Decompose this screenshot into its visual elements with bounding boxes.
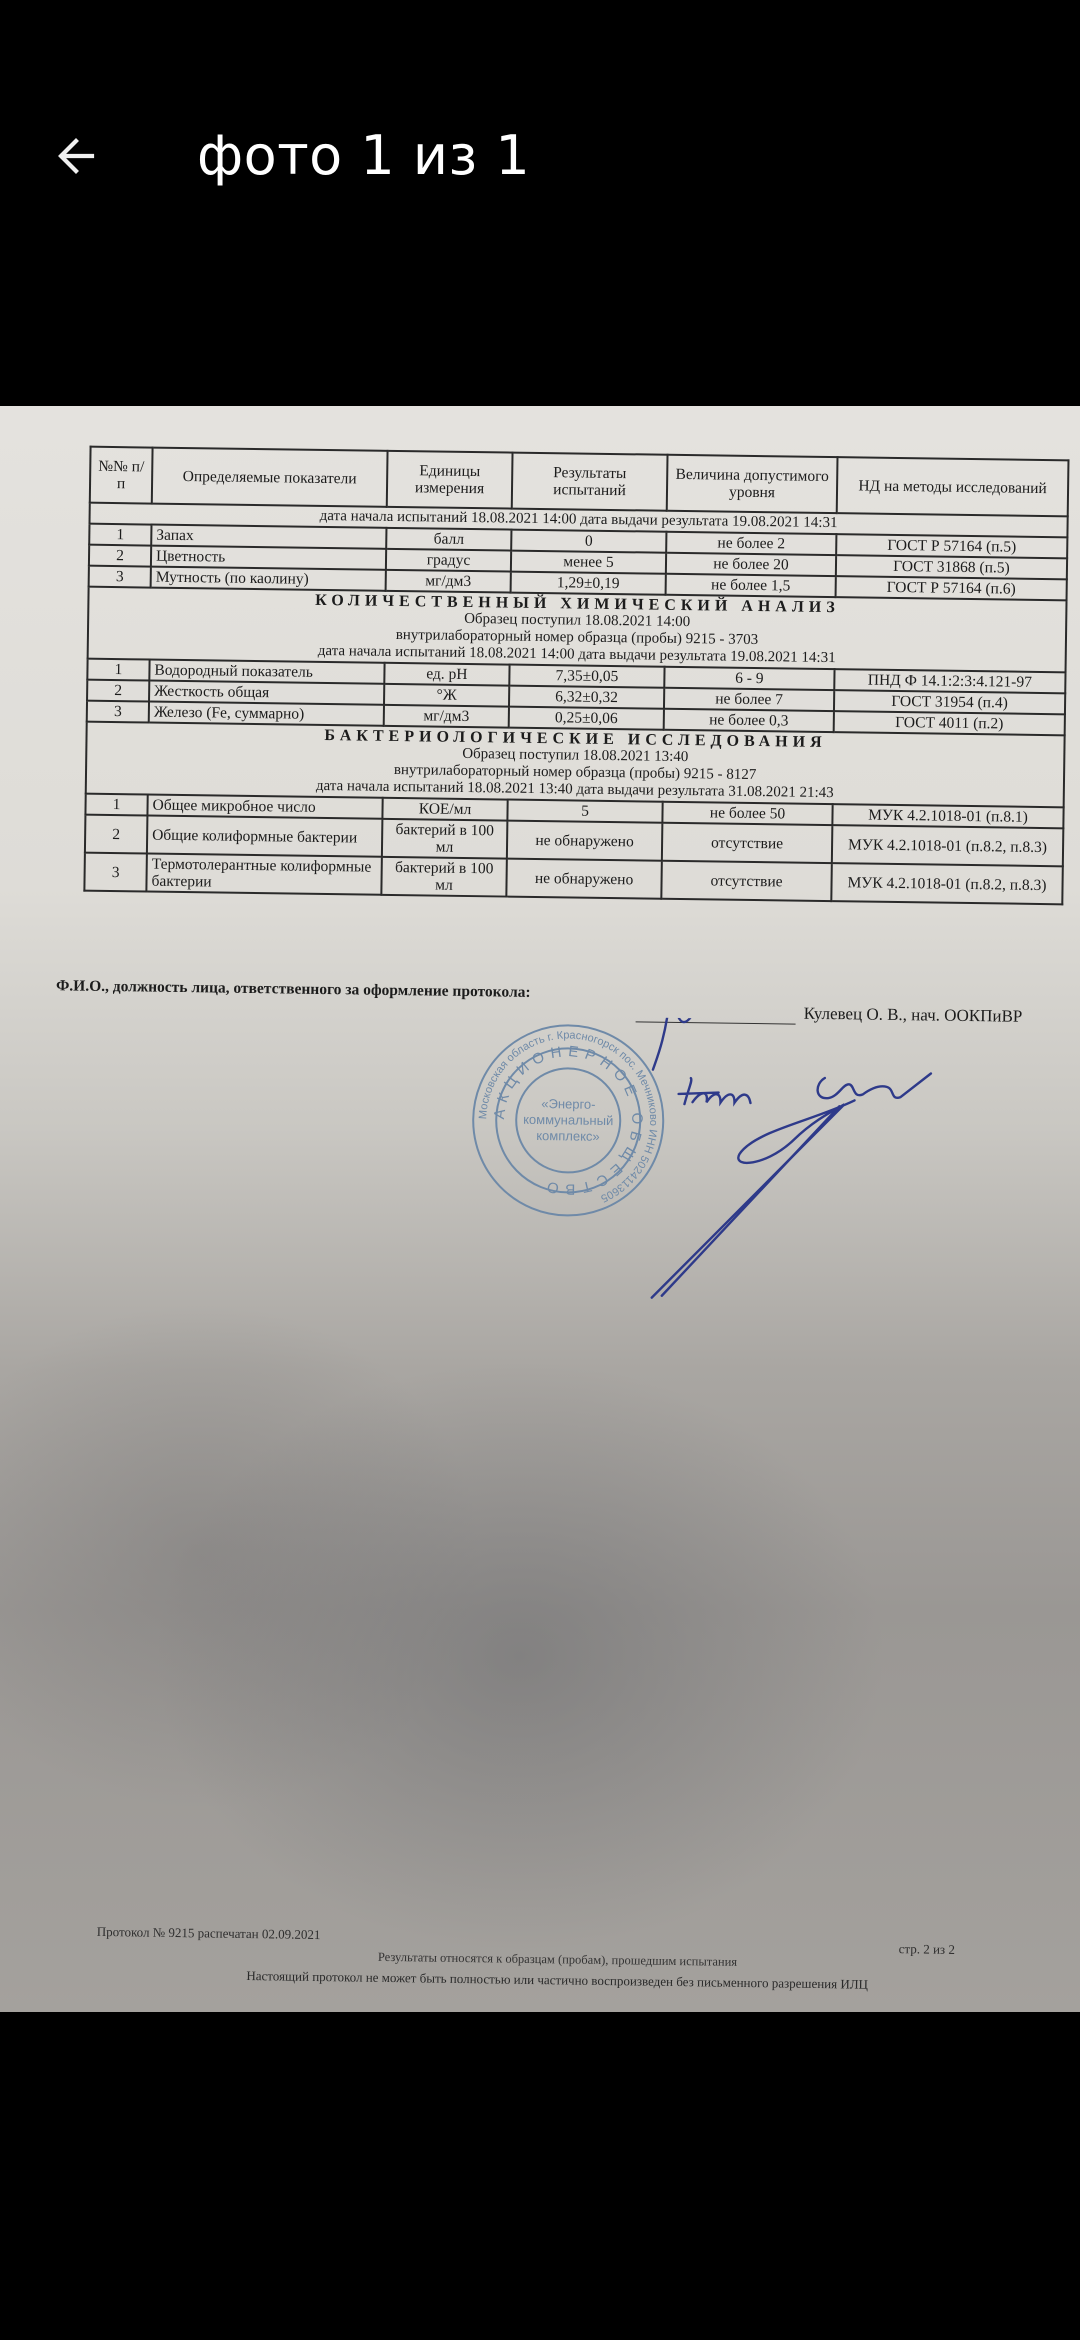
allowed-limit: не более 20	[666, 553, 836, 576]
allowed-limit: не более 7	[664, 688, 834, 711]
col-header-indicator: Определяемые показатели	[152, 448, 388, 507]
arrow-left-icon	[52, 132, 100, 180]
result-value: 7,35±0,05	[509, 665, 664, 688]
result-value: 5	[507, 800, 662, 823]
svg-text:«Энерго-: «Энерго-	[541, 1096, 595, 1112]
allowed-limit: не более 0,3	[664, 709, 834, 732]
unit: градус	[386, 549, 511, 572]
indicator-name: Общие колиформные бактерии	[147, 816, 383, 857]
row-number: 1	[89, 524, 151, 546]
footer-page-number: стр. 2 из 2	[899, 1941, 955, 1958]
unit: мг/дм3	[386, 570, 511, 593]
result-value: не обнаружено	[507, 821, 663, 861]
row-number: 1	[87, 659, 149, 681]
bottom-black-area	[0, 2012, 1080, 2340]
result-value: 6,32±0,32	[509, 686, 664, 709]
allowed-limit: отсутствие	[662, 823, 833, 863]
row-number: 1	[85, 794, 147, 816]
result-value: 1,29±0,19	[511, 572, 666, 595]
unit: КОЕ/мл	[382, 798, 507, 821]
allowed-limit: 6 - 9	[664, 667, 834, 690]
col-header-limit: Величина допустимого уровня	[667, 455, 838, 513]
result-value: менее 5	[511, 551, 666, 574]
col-header-method: НД на методы исследований	[837, 457, 1069, 516]
allowed-limit: не более 50	[662, 802, 832, 825]
row-number: 2	[85, 815, 148, 854]
bacteriological-section-info: БАКТЕРИОЛОГИЧЕСКИЕ ИССЛЕДОВАНИЯОбразец п…	[86, 722, 1065, 808]
allowed-limit: не более 1,5	[666, 574, 836, 597]
row-number: 2	[89, 545, 151, 567]
test-method: МУК 4.2.1018-01 (п.8.2, п.8.3)	[831, 863, 1063, 904]
result-value: 0	[511, 530, 666, 553]
svg-text:комплекс»: комплекс»	[536, 1128, 600, 1144]
photo-viewer-image[interactable]: №№ п/п Определяемые показатели Единицы и…	[0, 406, 1080, 2012]
col-header-number: №№ п/п	[90, 447, 153, 504]
chemical-section-header: КОЛИЧЕСТВЕННЫЙ ХИМИЧЕСКИЙ АНАЛИЗОбразец …	[88, 587, 1067, 673]
row-number: 3	[89, 566, 151, 588]
svg-text:коммунальный: коммунальный	[523, 1112, 613, 1128]
protocol-document: №№ п/п Определяемые показатели Единицы и…	[0, 406, 1080, 2012]
indicator-name: Термотолерантные колиформные бактерии	[146, 854, 382, 895]
footer-protocol-printed: Протокол № 9215 распечатан 02.09.2021	[97, 1924, 321, 1943]
responsible-label: Ф.И.О., должность лица, ответственного з…	[56, 977, 531, 1002]
bacteriological-section-header: БАКТЕРИОЛОГИЧЕСКИЕ ИССЛЕДОВАНИЯОбразец п…	[86, 722, 1065, 808]
photo-counter-title: фото 1 из 1	[197, 124, 530, 187]
results-table: №№ п/п Определяемые показатели Единицы и…	[83, 446, 1069, 906]
unit: бактерий в 100 мл	[382, 819, 508, 859]
handwritten-signature	[631, 1017, 955, 1321]
result-value: 0,25±0,06	[509, 707, 664, 730]
row-number: 2	[87, 680, 149, 702]
chemical-section-info: КОЛИЧЕСТВЕННЫЙ ХИМИЧЕСКИЙ АНАЛИЗОбразец …	[88, 587, 1067, 673]
back-button[interactable]	[40, 120, 112, 192]
unit: °Ж	[384, 684, 509, 707]
top-app-bar: фото 1 из 1	[0, 0, 1080, 320]
unit: балл	[386, 528, 511, 551]
col-header-unit: Единицы измерения	[387, 451, 513, 509]
row-number: 3	[87, 701, 149, 723]
allowed-limit: не более 2	[666, 532, 836, 555]
result-value: не обнаружено	[506, 859, 662, 899]
row-number: 3	[84, 853, 147, 892]
col-header-result: Результаты испытаний	[512, 453, 668, 511]
unit: бактерий в 100 мл	[381, 857, 507, 897]
unit: мг/дм3	[384, 705, 509, 728]
test-method: МУК 4.2.1018-01 (п.8.2, п.8.3)	[832, 825, 1064, 866]
allowed-limit: отсутствие	[661, 861, 832, 901]
unit: ед. pH	[384, 663, 509, 686]
